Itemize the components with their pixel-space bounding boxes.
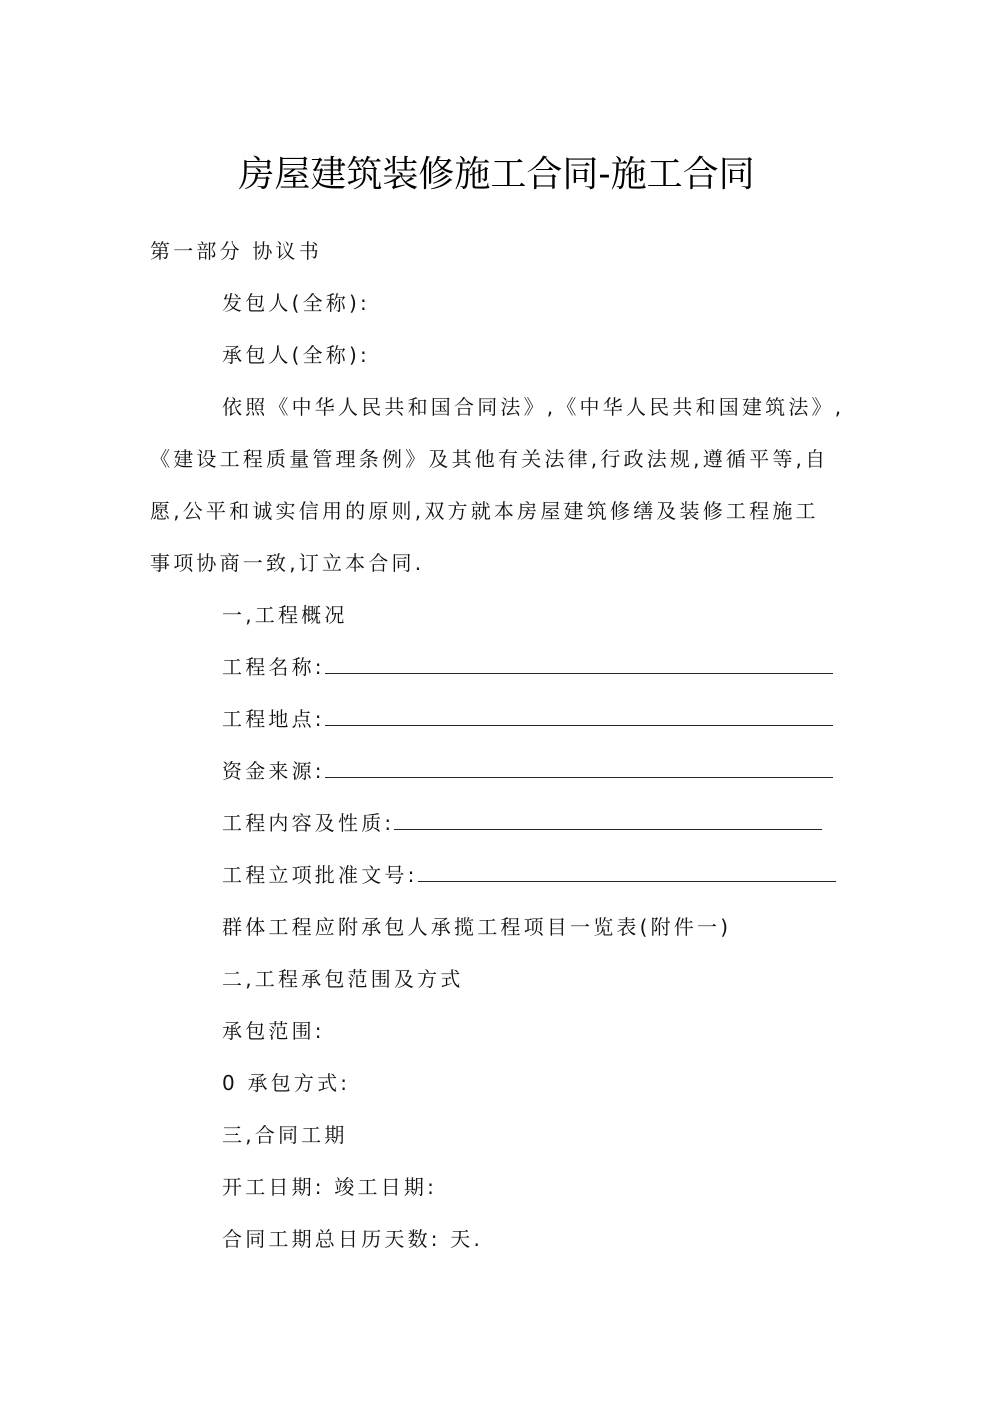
field-label: 工程名称: (222, 655, 325, 679)
section1-heading: 一,工程概况 (222, 602, 348, 628)
scope-label: 承包范围: (222, 1018, 325, 1044)
field-label: 工程地点: (222, 707, 325, 731)
preamble-line-4: 事项协商一致,订立本合同. (150, 550, 424, 576)
field-label: 工程内容及性质: (222, 811, 394, 835)
preamble-line-1: 依照《中华人民共和国合同法》,《中华人民共和国建筑法》, (222, 394, 844, 420)
project-content-input[interactable] (394, 811, 822, 830)
field-approval-number: 工程立项批准文号: (222, 862, 836, 888)
section3-heading: 三,合同工期 (222, 1122, 348, 1148)
section2-heading: 二,工程承包范围及方式 (222, 966, 464, 992)
section1-note: 群体工程应附承包人承揽工程项目一览表(附件一) (222, 914, 731, 940)
preamble-line-3: 愿,公平和诚实信用的原则,双方就本房屋建筑修缮及装修工程施工 (150, 498, 819, 524)
employer-label: 发包人(全称): (222, 290, 370, 316)
field-project-name: 工程名称: (222, 654, 833, 680)
method-label: 0 承包方式: (222, 1070, 350, 1096)
contractor-label: 承包人(全称): (222, 342, 370, 368)
project-name-input[interactable] (325, 655, 833, 674)
project-location-input[interactable] (325, 707, 833, 726)
preamble-line-2: 《建设工程质量管理条例》及其他有关法律,行政法规,遵循平等,自 (150, 446, 828, 472)
field-funding-source: 资金来源: (222, 758, 833, 784)
field-project-content: 工程内容及性质: (222, 810, 822, 836)
field-label: 工程立项批准文号: (222, 863, 418, 887)
document-title: 房屋建筑装修施工合同-施工合同 (0, 146, 993, 197)
funding-source-input[interactable] (325, 759, 833, 778)
field-label: 资金来源: (222, 759, 325, 783)
total-days-line: 合同工期总日历天数: 天. (222, 1226, 483, 1252)
dates-line: 开工日期: 竣工日期: (222, 1174, 437, 1200)
field-project-location: 工程地点: (222, 706, 833, 732)
part-heading: 第一部分 协议书 (150, 238, 322, 264)
approval-number-input[interactable] (418, 863, 836, 882)
